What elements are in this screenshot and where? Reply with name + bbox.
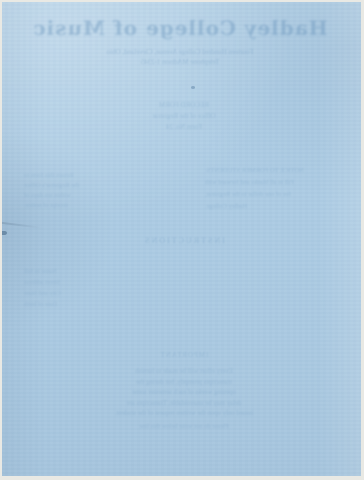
ghost-left-note-line-4: receipt of notice. (24, 201, 144, 211)
ghost-form-line-2: Street address (24, 277, 134, 288)
paper-grain-texture (2, 2, 361, 476)
ghost-form-block: Name in full Street address City and Sta… (24, 266, 134, 310)
ghost-notice-paragraph: Every effort will be made to furnish tra… (79, 367, 289, 420)
ghost-address-line-1: Fourteen Hundred College Avenue, Clevela… (62, 47, 298, 57)
ghost-left-note-block: Return this form to the Registrar's Offi… (24, 171, 144, 211)
scan-lighting-overlay (2, 2, 361, 476)
ghost-footer-line: Please do not write below this line (84, 423, 284, 430)
ghost-right-note-line-1: NOTICE TO FORMER STUDENTS: (205, 165, 345, 177)
paper-crease (2, 221, 42, 229)
ghost-left-note-line-2: the Registrar's Office (24, 181, 144, 191)
edge-ink-mark (2, 231, 7, 235)
ink-speck (191, 86, 195, 89)
ghost-section-heading: INSTRUCTIONS (114, 236, 254, 245)
ghost-address-line-2: Telephone MAdison 1-2345 (62, 57, 298, 67)
ghost-form-line-1: Name in full (24, 266, 134, 277)
ghost-office-line-1: RECORD FORM (109, 100, 259, 111)
ghost-paragraph-line-5: issued only upon the written request of … (79, 409, 289, 420)
ghost-form-line-4: Date of birth (24, 299, 134, 310)
ghost-form-line-3: City and State (24, 288, 134, 299)
scanned-document: { "scan": { "paper_color": "#aecde5", "s… (0, 0, 364, 480)
blue-paper-sheet: Hadley College of Music Fourteen Hundred… (2, 2, 361, 476)
ghost-office-line-3: Form No. 24 (109, 122, 259, 133)
ghost-office-block: RECORD FORM Office of the Registrar Form… (109, 100, 259, 133)
ghost-masthead-address: Fourteen Hundred College Avenue, Clevela… (62, 47, 298, 67)
ghost-right-note-line-3: fee of one dollar to the Registrar, (205, 189, 345, 201)
ghost-notice-heading: IMPORTANT (124, 351, 244, 359)
ghost-right-note-line-2: Fill in all blanks and forward with (205, 177, 345, 189)
ghost-paragraph-line-1: Every effort will be made to furnish (79, 367, 289, 378)
ghost-right-note-line-4: Hadley College. (205, 201, 345, 213)
ghost-paragraph-line-4: delay may be unavoidable. Transcripts ar… (79, 399, 289, 410)
ghost-office-line-2: Office of the Registrar (109, 111, 259, 122)
ghost-paragraph-line-2: transcripts promptly, but during the (79, 378, 289, 389)
ghost-right-note-block: NOTICE TO FORMER STUDENTS: Fill in all b… (205, 165, 345, 213)
ghost-left-note-line-1: Return this form to (24, 171, 144, 181)
ghost-paragraph-line-3: opening weeks of each semester some (79, 388, 289, 399)
ghost-masthead-title: Hadley College of Music (30, 16, 330, 40)
ghost-left-note-line-3: within ten days of (24, 191, 144, 201)
